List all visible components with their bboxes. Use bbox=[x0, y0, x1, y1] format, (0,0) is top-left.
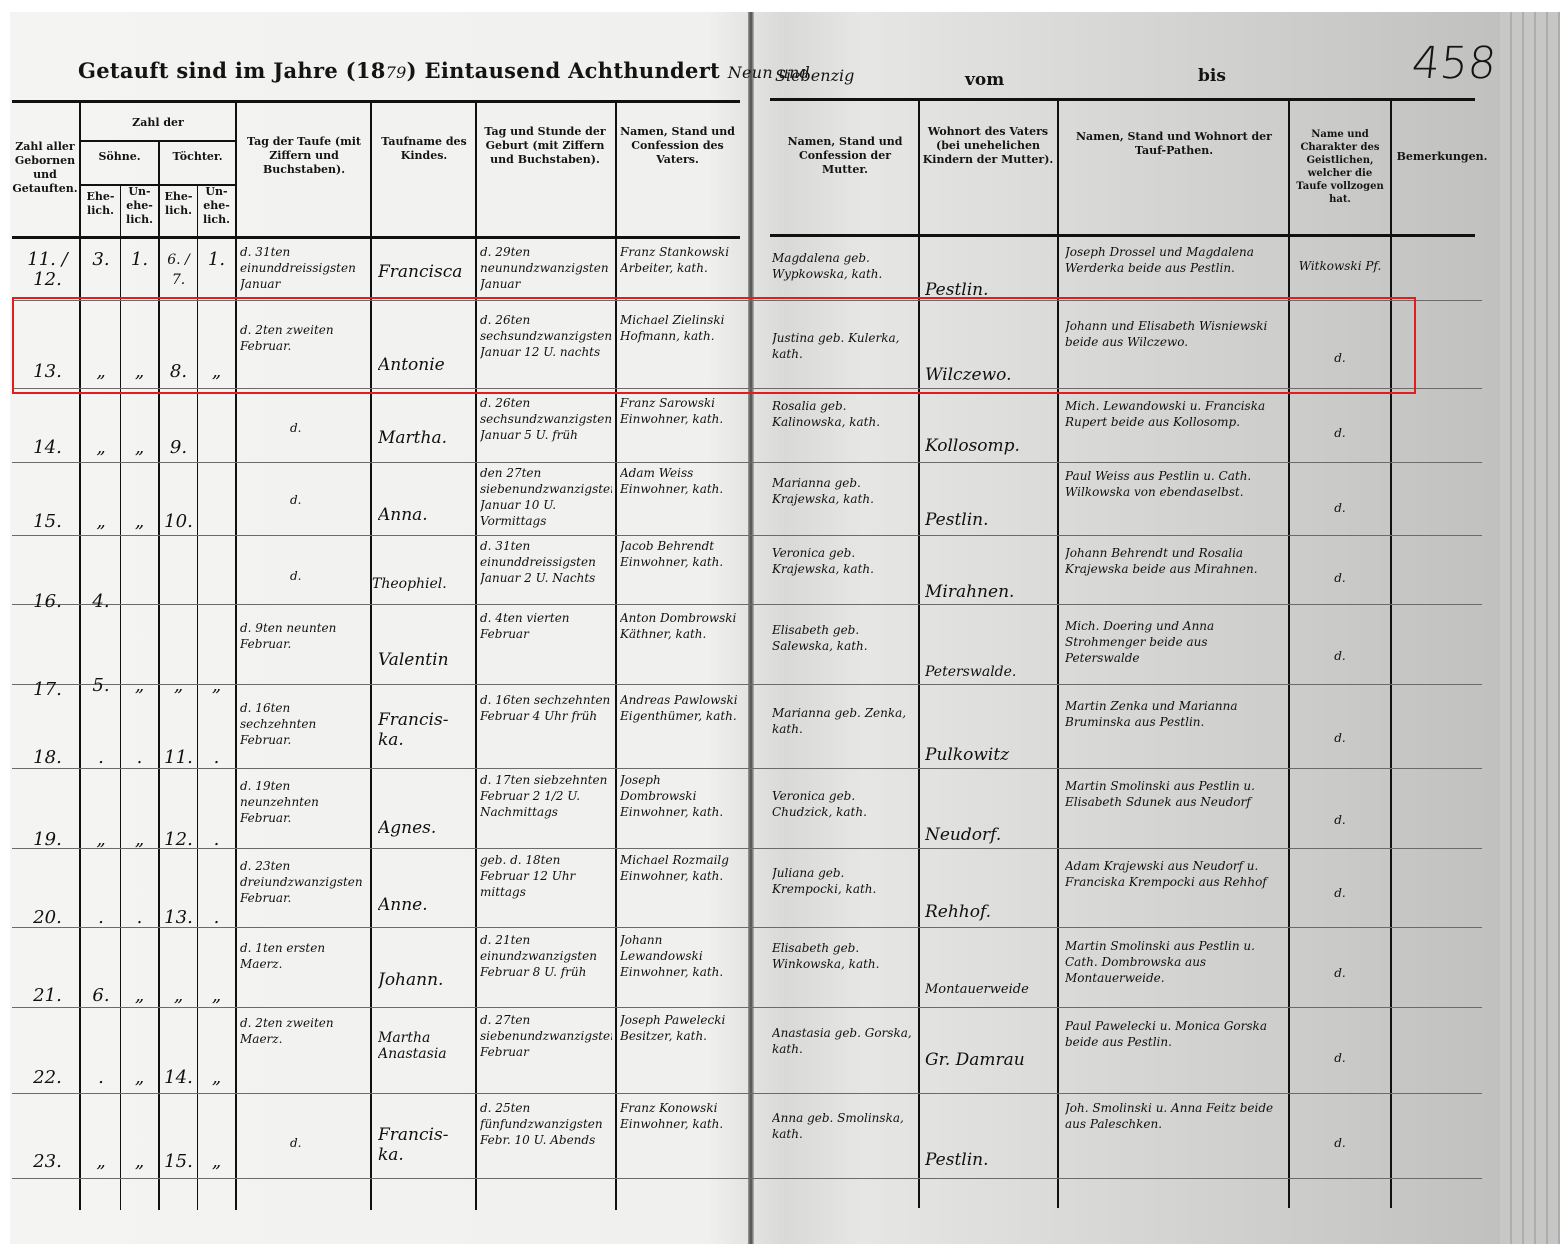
sons-illegit: . bbox=[121, 908, 158, 928]
child-name: Francis-ka. bbox=[378, 710, 473, 750]
mother: Elisabeth geb. Winkowska, kath. bbox=[772, 940, 914, 972]
baptism-date: d. 23ten dreiundzwanzigsten Februar. bbox=[240, 858, 368, 906]
daughters-illegit: „ bbox=[198, 986, 235, 1006]
baptism-date: d. bbox=[290, 568, 350, 584]
child-name: Agnes. bbox=[378, 818, 473, 838]
sons-illegit: . bbox=[121, 748, 158, 768]
baptism-date: d. bbox=[290, 492, 350, 508]
baptism-date: d. 9ten neunten Februar. bbox=[240, 620, 368, 652]
entry-number: 18. bbox=[20, 748, 75, 768]
entry-number: 17. bbox=[20, 680, 75, 700]
godparents: Martin Smolinski aus Pestlin u. Cath. Do… bbox=[1065, 938, 1285, 986]
bis-label: bis bbox=[1198, 66, 1226, 86]
title-printed-2: ) Eintausend Achthundert bbox=[407, 58, 720, 83]
daughters-legit: 9. bbox=[160, 438, 197, 458]
birth-date: d. 31ten einunddreissigsten Januar 2 U. … bbox=[480, 538, 612, 586]
godparents: Martin Smolinski aus Pestlin u. Elisabet… bbox=[1065, 778, 1285, 810]
daughters-illegit: . bbox=[198, 830, 235, 850]
entry-number: 16. bbox=[20, 592, 75, 612]
daughters-legit: 12. bbox=[160, 830, 197, 850]
clergyman: d. bbox=[1292, 1050, 1388, 1066]
sons-legit: „ bbox=[82, 1152, 120, 1172]
sons-legit: . bbox=[82, 748, 120, 768]
residence: Gr. Damrau bbox=[925, 1050, 1055, 1070]
sons-illegit: „ bbox=[121, 1152, 158, 1172]
residence: Mirahnen. bbox=[925, 582, 1055, 602]
sons-illegit: „ bbox=[121, 676, 158, 696]
col-header-tag-geburt: Tag und Stunde der Geburt (mit Ziffern u… bbox=[480, 125, 610, 167]
birth-date: geb. d. 18ten Februar 12 Uhr mittags bbox=[480, 852, 612, 900]
residence: Peterswalde. bbox=[925, 662, 1055, 682]
top-rule-left bbox=[12, 100, 740, 103]
daughters-legit: 10. bbox=[160, 512, 197, 532]
daughters-legit: 14. bbox=[160, 1068, 197, 1088]
mother: Magdalena geb. Wypkowska, kath. bbox=[772, 250, 914, 282]
birth-date: d. 17ten siebzehnten Februar 2 1/2 U. Na… bbox=[480, 772, 612, 820]
godparents: Mich. Doering und Anna Strohmenger beide… bbox=[1065, 618, 1285, 666]
col-line bbox=[475, 100, 477, 1210]
residence: Pulkowitz bbox=[925, 745, 1055, 765]
header-bottom-rule-right bbox=[770, 234, 1475, 237]
title-year: 79 bbox=[386, 63, 407, 82]
birth-date: d. 27ten siebenundzwanzigsten Februar bbox=[480, 1012, 612, 1060]
row-rule bbox=[12, 1178, 1482, 1179]
mother: Anna geb. Smolinska, kath. bbox=[772, 1110, 914, 1142]
sons-legit: . bbox=[82, 1068, 120, 1088]
residence: Kollosomp. bbox=[925, 436, 1055, 456]
top-rule-right bbox=[770, 98, 1475, 101]
sons-legit: „ bbox=[82, 438, 120, 458]
daughters-illegit: „ bbox=[198, 1068, 235, 1088]
child-name: Martha. bbox=[378, 428, 473, 448]
baptism-date: d. 19ten neunzehnten Februar. bbox=[240, 778, 368, 826]
sons-illegit: „ bbox=[121, 512, 158, 532]
title-hand-right: Siebenzig bbox=[775, 66, 854, 85]
birth-date: d. 16ten sechzehnten Februar 4 Uhr früh bbox=[480, 692, 612, 724]
entry-number: 14. bbox=[20, 438, 75, 458]
residence: Montauerweide bbox=[925, 980, 1057, 1000]
father: Jacob Behrendt Einwohner, kath. bbox=[620, 538, 738, 570]
col-header-toechter: Töchter. bbox=[160, 150, 235, 164]
clergyman: d. bbox=[1292, 965, 1388, 981]
sons-legit: 3. bbox=[82, 250, 120, 270]
residence: Neudorf. bbox=[925, 825, 1055, 845]
mother: Juliana geb. Krempocki, kath. bbox=[772, 865, 914, 897]
page-number: 458 bbox=[1409, 38, 1498, 89]
col-header-soehne-unehelich: Un-ehe-lich. bbox=[121, 185, 158, 227]
daughters-illegit: . bbox=[198, 748, 235, 768]
entry-number: 22. bbox=[20, 1068, 75, 1088]
clergyman: d. bbox=[1292, 885, 1388, 901]
col-header-toechter-ehelich: Ehe-lich. bbox=[160, 190, 197, 218]
father: Franz Sarowski Einwohner, kath. bbox=[620, 395, 738, 427]
col-header-toechter-unehelich: Un-ehe-lich. bbox=[198, 185, 235, 227]
entry-number: 20. bbox=[20, 908, 75, 928]
vom-label: vom bbox=[965, 70, 1004, 90]
baptism-date: d. bbox=[290, 420, 350, 436]
col-header-zahl-aller: Zahl aller Gebornen und Getauften. bbox=[12, 140, 78, 196]
child-name: Valentin bbox=[378, 650, 473, 670]
mother: Rosalia geb. Kalinowska, kath. bbox=[772, 398, 914, 430]
sons-legit: . bbox=[82, 908, 120, 928]
child-name: Johann. bbox=[378, 970, 473, 990]
godparents: Paul Pawelecki u. Monica Gorska beide au… bbox=[1065, 1018, 1285, 1050]
father: Joseph Pawelecki Besitzer, kath. bbox=[620, 1012, 738, 1044]
col-header-vater: Namen, Stand und Confession des Vaters. bbox=[620, 125, 735, 167]
sons-illegit: „ bbox=[121, 1068, 158, 1088]
baptism-date: d. bbox=[290, 1135, 350, 1151]
birth-date: d. 4ten vierten Februar bbox=[480, 610, 612, 642]
entry-number: 11. / 12. bbox=[20, 250, 75, 290]
col-line bbox=[79, 100, 81, 1210]
godparents: Martin Zenka und Marianna Bruminska aus … bbox=[1065, 698, 1285, 730]
birth-date: d. 26ten sechsundzwanzigsten Januar 5 U.… bbox=[480, 395, 612, 443]
entry-number: 23. bbox=[20, 1152, 75, 1172]
father: Franz Stankowski Arbeiter, kath. bbox=[620, 244, 738, 276]
sons-legit: „ bbox=[82, 830, 120, 850]
father: Johann Lewandowski Einwohner, kath. bbox=[620, 932, 738, 980]
title-printed: Getauft sind im Jahre (18 bbox=[78, 58, 386, 83]
col-line bbox=[615, 100, 617, 1210]
godparents: Joh. Smolinski u. Anna Feitz beide aus P… bbox=[1065, 1100, 1285, 1132]
child-name: Anne. bbox=[378, 895, 473, 915]
sons-illegit: „ bbox=[121, 986, 158, 1006]
mother: Elisabeth geb. Salewska, kath. bbox=[772, 622, 914, 654]
row-rule bbox=[12, 604, 1482, 605]
page-edges bbox=[1500, 12, 1560, 1244]
baptism-date: d. 16ten sechzehnten Februar. bbox=[240, 700, 368, 748]
child-name: Francis-ka. bbox=[378, 1125, 473, 1165]
col-header-wohnort: Wohnort des Vaters (bei unehelichen Kind… bbox=[922, 125, 1054, 167]
col-line bbox=[235, 100, 237, 1210]
daughters-illegit: „ bbox=[198, 676, 235, 696]
child-name: Martha Anastasia bbox=[378, 1030, 473, 1062]
sons-legit: „ bbox=[82, 512, 120, 532]
mother: Veronica geb. Krajewska, kath. bbox=[772, 545, 914, 577]
birth-date: d. 21ten einundzwanzigsten Februar 8 U. … bbox=[480, 932, 612, 980]
father: Anton Dombrowski Käthner, kath. bbox=[620, 610, 738, 642]
daughters-legit: 15. bbox=[160, 1152, 197, 1172]
col-line bbox=[370, 100, 372, 1210]
sons-illegit: „ bbox=[121, 830, 158, 850]
clergyman: d. bbox=[1292, 500, 1388, 516]
child-name: Francisca bbox=[378, 262, 473, 282]
birth-date: d. 25ten fünfundzwanzigsten Febr. 10 U. … bbox=[480, 1100, 612, 1148]
entry-number: 21. bbox=[20, 986, 75, 1006]
baptism-date: d. 2ten zweiten Maerz. bbox=[240, 1015, 368, 1047]
col-header-geistlicher: Name und Charakter des Geistlichen, welc… bbox=[1292, 128, 1388, 206]
page-title: Getauft sind im Jahre (1879) Eintausend … bbox=[78, 58, 810, 83]
col-line bbox=[1288, 98, 1290, 1208]
row-rule bbox=[12, 768, 1482, 769]
residence: Rehhof. bbox=[925, 902, 1055, 922]
col-header-soehne-ehelich: Ehe-lich. bbox=[81, 190, 120, 218]
row-rule bbox=[12, 1093, 1482, 1094]
selected-row-highlight bbox=[12, 297, 1416, 394]
col-header-tag-der-taufe: Tag der Taufe (mit Ziffern und Buchstabe… bbox=[245, 135, 363, 177]
col-header-mutter: Namen, Stand und Confession der Mutter. bbox=[780, 135, 910, 177]
col-header-zahl-der: Zahl der bbox=[81, 116, 235, 130]
sons-legit: 5. bbox=[82, 676, 120, 696]
daughters-legit: 13. bbox=[160, 908, 197, 928]
mother: Veronica geb. Chudzick, kath. bbox=[772, 788, 914, 820]
baptism-date: d. 1ten ersten Maerz. bbox=[240, 940, 368, 972]
godparents: Mich. Lewandowski u. Franciska Rupert be… bbox=[1065, 398, 1285, 430]
godparents: Johann Behrendt und Rosalia Krajewska be… bbox=[1065, 545, 1285, 577]
col-header-taufname: Taufname des Kindes. bbox=[378, 135, 470, 163]
daughters-illegit: „ bbox=[198, 1152, 235, 1172]
birth-date: den 27ten siebenundzwanzigsten Januar 10… bbox=[480, 465, 612, 529]
sons-legit: 6. bbox=[82, 986, 120, 1006]
daughters-legit: 6. / 7. bbox=[160, 250, 197, 290]
child-name: Anna. bbox=[378, 505, 473, 525]
sons-legit: 4. bbox=[82, 592, 120, 612]
clergyman: d. bbox=[1292, 570, 1388, 586]
daughters-legit: „ bbox=[160, 676, 197, 696]
clergyman: Witkowski Pf. bbox=[1292, 258, 1388, 274]
residence: Pestlin. bbox=[925, 510, 1055, 530]
daughters-legit: „ bbox=[160, 986, 197, 1006]
col-line bbox=[918, 98, 920, 1208]
sons-illegit: 1. bbox=[121, 250, 158, 270]
birth-date: d. 29ten neunundzwanzigsten Januar bbox=[480, 244, 612, 292]
col-header-pathen: Namen, Stand und Wohnort der Tauf-Pathen… bbox=[1065, 130, 1283, 158]
father: Joseph Dombrowski Einwohner, kath. bbox=[620, 772, 738, 820]
daughters-illegit: 1. bbox=[198, 250, 235, 270]
clergyman: d. bbox=[1292, 1135, 1388, 1151]
row-rule bbox=[12, 1007, 1482, 1008]
residence: Pestlin. bbox=[925, 1150, 1055, 1170]
child-name: Theophiel. bbox=[372, 574, 474, 594]
mother: Anastasia geb. Gorska, kath. bbox=[772, 1025, 914, 1057]
father: Adam Weiss Einwohner, kath. bbox=[620, 465, 738, 497]
entry-number: 15. bbox=[20, 512, 75, 532]
sons-illegit: „ bbox=[121, 438, 158, 458]
col-header-soehne: Söhne. bbox=[81, 150, 158, 164]
clergyman: d. bbox=[1292, 730, 1388, 746]
godparents: Adam Krajewski aus Neudorf u. Franciska … bbox=[1065, 858, 1285, 890]
baptism-date: d. 31ten einunddreissigsten Januar bbox=[240, 244, 368, 292]
row-rule bbox=[12, 462, 1482, 463]
row-rule bbox=[12, 535, 1482, 536]
clergyman: d. bbox=[1292, 812, 1388, 828]
header-bottom-rule-left bbox=[12, 236, 740, 239]
godparents: Joseph Drossel und Magdalena Werderka be… bbox=[1065, 244, 1285, 276]
mother: Marianna geb. Krajewska, kath. bbox=[772, 475, 914, 507]
godparents: Paul Weiss aus Pestlin u. Cath. Wilkowsk… bbox=[1065, 468, 1285, 500]
col-header-bemerkungen: Bemerkungen. bbox=[1394, 150, 1490, 164]
clergyman: d. bbox=[1292, 425, 1388, 441]
father: Michael Rozmailg Einwohner, kath. bbox=[620, 852, 738, 884]
col-line bbox=[1390, 98, 1392, 1208]
clergyman: d. bbox=[1292, 648, 1388, 664]
entry-number: 19. bbox=[20, 830, 75, 850]
mother: Marianna geb. Zenka, kath. bbox=[772, 705, 914, 737]
daughters-legit: 11. bbox=[160, 748, 197, 768]
book-gutter bbox=[748, 12, 754, 1244]
father: Andreas Pawlowski Eigenthümer, kath. bbox=[620, 692, 738, 724]
daughters-illegit: . bbox=[198, 908, 235, 928]
col-line bbox=[1057, 98, 1059, 1208]
subheader-rule bbox=[81, 140, 235, 142]
father: Franz Konowski Einwohner, kath. bbox=[620, 1100, 738, 1132]
